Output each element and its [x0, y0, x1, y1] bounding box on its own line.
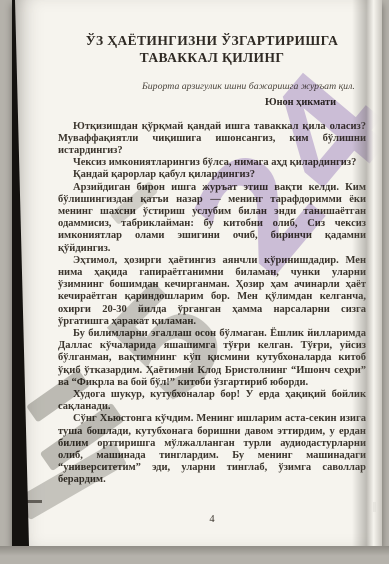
chapter-title-line1: ЎЗ ҲАЁТИНГИЗНИ ЎЗГАРТИРИШГА	[58, 32, 366, 49]
page-number: 4	[58, 514, 366, 525]
body-paragraph: Эҳтимол, ҳозирги ҳаётингиз аянчли кўрини…	[58, 255, 366, 328]
body-paragraph: Сўнг Хьюстонга кўчдим. Менинг ишларим ас…	[58, 413, 366, 486]
body-text: Ютқизишдан қўрқмай қандай ишга таваккал …	[58, 121, 366, 487]
epigraph-attribution: Юнон ҳикмати	[58, 97, 366, 108]
page-curl-shadow	[352, 0, 382, 546]
body-paragraph: Қандай қарорлар қабул қилардингиз?	[58, 169, 366, 181]
body-paragraph: Чексиз имкониятларингиз бўлса, нимага аҳ…	[58, 157, 366, 169]
page-bottom-shadow	[0, 546, 389, 564]
body-paragraph: Арзийдиган бирон ишга журъат этиш вақти …	[58, 182, 366, 255]
body-paragraph: Ютқизишдан қўрқмай қандай ишга таваккал …	[58, 121, 366, 158]
page-content: ЎЗ ҲАЁТИНГИЗНИ ЎЗГАРТИРИШГА ТАВАККАЛ ҚИЛ…	[58, 32, 366, 487]
epigraph-text: Бирорта арзигулик ишни бажаришга журъат …	[116, 81, 366, 94]
chapter-title-line2: ТАВАККАЛ ҚИЛИНГ	[58, 49, 366, 66]
body-paragraph: Бу билимларни эгаллаш осон бўлмаган. Ёшл…	[58, 328, 366, 389]
body-paragraph: Худога шукур, кутубхоналар бор! У ерда ҳ…	[58, 389, 366, 413]
scanned-book-page: ЎЗ ҲАЁТИНГИЗНИ ЎЗГАРТИРИШГА ТАВАККАЛ ҚИЛ…	[12, 0, 382, 546]
book-binding-shadow	[12, 0, 32, 546]
chapter-title: ЎЗ ҲАЁТИНГИЗНИ ЎЗГАРТИРИШГА ТАВАККАЛ ҚИЛ…	[58, 32, 366, 66]
